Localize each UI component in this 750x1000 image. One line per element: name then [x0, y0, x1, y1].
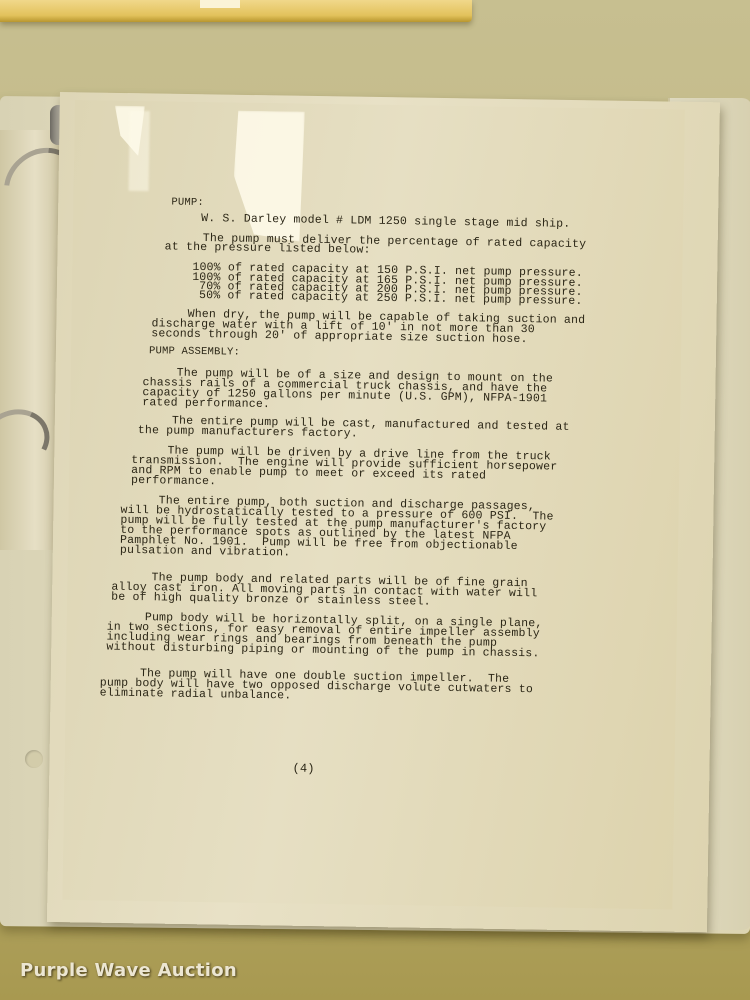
model-line: W. S. Darley model # LDM 1250 single sta…	[201, 214, 570, 230]
capacity-row: 50% of rated capacity at 250 P.S.I. net …	[192, 291, 583, 307]
capacity-intro-2: at the pressure listed below:	[165, 242, 371, 255]
dry-suction-3: seconds through 20' of appropriate size …	[151, 329, 527, 345]
page-number: (4)	[292, 763, 314, 773]
para-line: pulsation and vibration.	[120, 546, 291, 559]
para-line: performance.	[131, 476, 216, 487]
document-body: PUMP: W. S. Darley model # LDM 1250 sing…	[62, 100, 684, 909]
para-line: be of high quality bronze or stainless s…	[111, 593, 431, 608]
para-line: eliminate radial unbalance.	[100, 688, 292, 701]
para-line: rated performance.	[142, 398, 270, 410]
document-page: PUMP: W. S. Darley model # LDM 1250 sing…	[62, 100, 684, 909]
para-line: the pump manufacturers factory.	[138, 426, 358, 439]
heading-pump: PUMP:	[171, 198, 204, 209]
heading-pump-assembly: PUMP ASSEMBLY:	[149, 346, 240, 357]
manila-folder	[0, 0, 472, 22]
watermark: Purple Wave Auction	[20, 960, 237, 981]
folder-paper-edge	[200, 0, 240, 8]
punch-hole	[25, 750, 43, 768]
